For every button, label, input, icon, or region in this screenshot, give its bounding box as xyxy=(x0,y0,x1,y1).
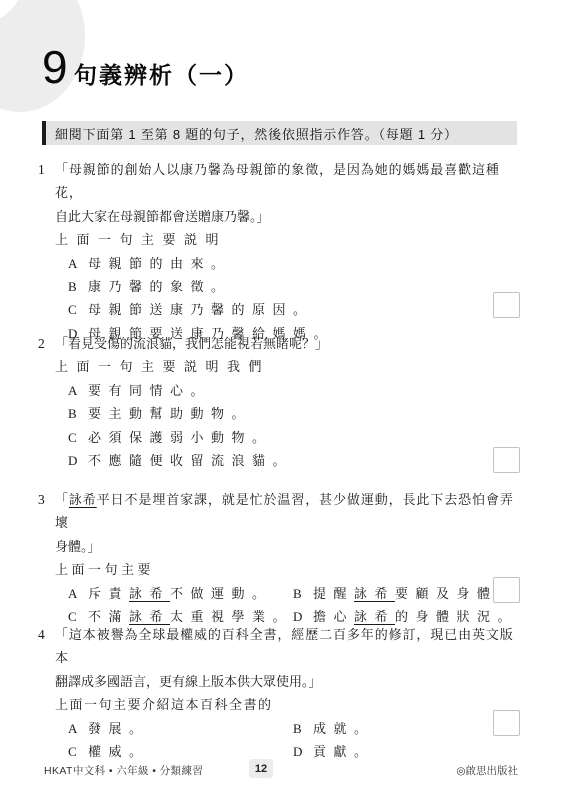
chapter-number: 9 xyxy=(42,44,68,90)
option-letter: B xyxy=(293,582,313,605)
option-text: 發展。 xyxy=(88,721,150,736)
page-title: 句義辨析（一） xyxy=(74,57,249,90)
question-stem: 上面一句主要説明 xyxy=(55,228,520,251)
option-text: 不應隨便收留流浪貓。 xyxy=(88,453,293,468)
option-letter: B xyxy=(68,275,88,298)
footer-series-title: HKAT中文科 • 六年級 • 分類練習 xyxy=(44,763,203,778)
question-quote-line: 「這本被譽為全球最權威的百科全書，經歷二百多年的修訂，現已由英文版本 xyxy=(55,623,520,670)
option-letter: C xyxy=(68,298,88,321)
option-text: 要有同情心。 xyxy=(88,383,211,398)
footer-publisher: ◎啟思出版社 xyxy=(456,763,518,778)
option-letter: D xyxy=(68,449,88,472)
option-letter: A xyxy=(68,717,88,740)
option-text: 要主動幫助動物。 xyxy=(88,406,252,421)
answer-box-q3[interactable] xyxy=(493,577,520,603)
question-4: 4 「這本被譽為全球最權威的百科全書，經歷二百多年的修訂，現已由英文版本 翻譯成… xyxy=(36,623,520,763)
question-quote-line: 自此大家在母親節都會送贈康乃馨。」 xyxy=(55,205,520,228)
option-text: 不滿詠希太重視學業。 xyxy=(88,609,293,624)
question-quote-line: 「看見受傷的流浪貓，我們怎能視若無睹呢？」 xyxy=(55,332,520,355)
question-quote-line: 「詠希平日不是埋首家課，就是忙於温習，甚少做運動，長此下去恐怕會弄壞 xyxy=(55,488,520,535)
option-a: A母親節的由來。 xyxy=(55,252,520,275)
option-letter: C xyxy=(68,426,88,449)
option-text: 必須保護弱小動物。 xyxy=(88,430,273,445)
option-b: B康乃馨的象徵。 xyxy=(55,275,520,298)
option-text: 擔心詠希的身體狀況。 xyxy=(313,609,518,624)
page-number-badge: 12 xyxy=(249,759,273,778)
question-stem: 上面一句主要説明我們 xyxy=(55,355,520,378)
question-body: 「詠希平日不是埋首家課，就是忙於温習，甚少做運動，長此下去恐怕會弄壞 身體。」 … xyxy=(55,488,520,628)
option-text: 母親節的由來。 xyxy=(88,256,232,271)
question-number: 4 xyxy=(38,623,45,646)
question-number: 3 xyxy=(38,488,45,511)
question-quote-line: 翻譯成多國語言，更有線上版本供大眾使用。」 xyxy=(55,670,520,693)
question-quote-line: 身體。」 xyxy=(55,535,520,558)
option-row: A斥責詠希不做運動。 B提醒詠希要顧及身體。 xyxy=(55,582,520,605)
question-body: 「母親節的創始人以康乃馨為母親節的象徵，是因為她的媽媽最喜歡這種花， 自此大家在… xyxy=(55,158,520,345)
option-text: 權威。 xyxy=(88,744,150,759)
question-1: 1 「母親節的創始人以康乃馨為母親節的象徵，是因為她的媽媽最喜歡這種花， 自此大… xyxy=(36,158,520,345)
option-b: B要主動幫助動物。 xyxy=(55,402,520,425)
option-b: B提醒詠希要顧及身體。 xyxy=(280,582,518,605)
answer-box-q1[interactable] xyxy=(493,292,520,318)
question-body: 「這本被譽為全球最權威的百科全書，經歷二百多年的修訂，現已由英文版本 翻譯成多國… xyxy=(55,623,520,763)
option-b: B成就。 xyxy=(280,717,375,740)
option-letter: C xyxy=(68,740,88,763)
question-stem: 上面一句主要 xyxy=(55,558,520,581)
option-text: 成就。 xyxy=(313,721,375,736)
option-letter: A xyxy=(68,379,88,402)
option-text: 斥責詠希不做運動。 xyxy=(88,586,273,601)
option-d: D貢獻。 xyxy=(280,740,375,763)
instruction-bar: 細閱下面第 1 至第 8 題的句子，然後依照指示作答。（每題 1 分） xyxy=(42,121,517,145)
option-row: C權威。 D貢獻。 xyxy=(55,740,520,763)
question-2: 2 「看見受傷的流浪貓，我們怎能視若無睹呢？」 上面一句主要説明我們 A要有同情… xyxy=(36,332,520,472)
answer-box-q2[interactable] xyxy=(493,447,520,473)
option-a: A要有同情心。 xyxy=(55,379,520,402)
option-row: A發展。 B成就。 xyxy=(55,717,520,740)
option-letter: B xyxy=(293,717,313,740)
option-letter: A xyxy=(68,252,88,275)
option-letter: B xyxy=(68,402,88,425)
option-c: C必須保護弱小動物。 xyxy=(55,426,520,449)
question-quote-line: 「母親節的創始人以康乃馨為母親節的象徵，是因為她的媽媽最喜歡這種花， xyxy=(55,158,520,205)
instruction-text: 細閱下面第 1 至第 8 題的句子，然後依照指示作答。（每題 1 分） xyxy=(55,124,458,143)
option-c: C母親節送康乃馨的原因。 xyxy=(55,298,520,321)
option-letter: A xyxy=(68,582,88,605)
question-number: 1 xyxy=(38,158,45,181)
option-text: 提醒詠希要顧及身體。 xyxy=(313,586,518,601)
option-text: 康乃馨的象徵。 xyxy=(88,279,232,294)
option-letter: D xyxy=(293,740,313,763)
question-stem: 上面一句主要介紹這本百科全書的 xyxy=(55,693,520,716)
option-text: 母親節送康乃馨的原因。 xyxy=(88,302,314,317)
option-text: 貢獻。 xyxy=(313,744,375,759)
worksheet-page: 9 句義辨析（一） 細閱下面第 1 至第 8 題的句子，然後依照指示作答。（每題… xyxy=(0,0,566,800)
question-number: 2 xyxy=(38,332,45,355)
question-3: 3 「詠希平日不是埋首家課，就是忙於温習，甚少做運動，長此下去恐怕會弄壞 身體。… xyxy=(36,488,520,628)
question-body: 「看見受傷的流浪貓，我們怎能視若無睹呢？」 上面一句主要説明我們 A要有同情心。… xyxy=(55,332,520,472)
answer-box-q4[interactable] xyxy=(493,710,520,736)
option-d: D不應隨便收留流浪貓。 xyxy=(55,449,520,472)
